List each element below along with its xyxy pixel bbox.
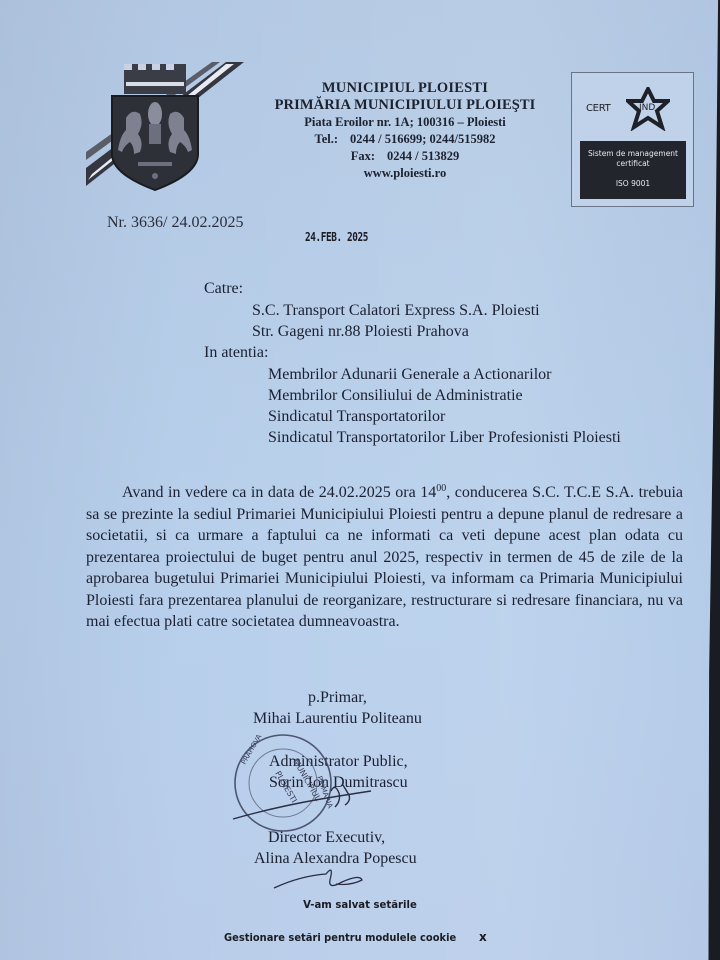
- admin-name: Sorin Ion Dumitrascu: [269, 772, 408, 793]
- time-superscript: 00: [436, 483, 446, 494]
- letterhead-city-hall: PRIMĂRIA MUNICIPIULUI PLOIEŞTI: [270, 97, 540, 114]
- director-title: Director Executiv,: [268, 827, 385, 848]
- to-label: Catre:: [204, 278, 243, 299]
- received-date-stamp: 24.FEB. 2025: [305, 230, 368, 244]
- attention-item: Sindicatul Transportatorilor Liber Profe…: [268, 427, 621, 448]
- letterhead-phone: Tel.:0244 / 516699; 0244/515982: [270, 131, 540, 148]
- letterhead-fax: Fax:0244 / 513829: [270, 148, 540, 165]
- attention-item: Membrilor Adunarii Generale a Actionaril…: [268, 364, 621, 385]
- recipient-block: S.C. Transport Calatori Express S.A. Plo…: [252, 300, 540, 342]
- svg-text:PRAHOVA: PRAHOVA: [240, 733, 264, 766]
- certind-logo-cert-text: CERT: [586, 103, 610, 114]
- letterhead-website: www.ploiesti.ro: [270, 165, 540, 182]
- iso-standard: ISO 9001: [580, 179, 686, 189]
- attention-list: Membrilor Adunarii Generale a Actionaril…: [268, 364, 621, 448]
- manage-cookie-settings-link[interactable]: Gestionare setări pentru modulele cookie: [224, 931, 456, 944]
- fax-value: 0244 / 513829: [387, 149, 459, 163]
- certind-logo-ind-text: IND: [639, 103, 655, 113]
- phone-value: 0244 / 516699; 0244/515982: [350, 132, 495, 146]
- recipient-address: Str. Gageni nr.88 Ploiesti Prahova: [252, 321, 540, 342]
- iso-label-panel: Sistem de management certificat ISO 9001: [580, 141, 686, 199]
- attention-label: In atentia:: [204, 342, 268, 363]
- director-name: Alina Alexandra Popescu: [254, 848, 417, 869]
- cookie-saved-message: V-am salvat setările: [29, 898, 691, 911]
- attention-item: Membrilor Consiliului de Administratie: [268, 385, 621, 406]
- iso-label-line1: Sistem de management: [580, 149, 686, 159]
- letter-body: Avand in vedere ca in data de 24.02.2025…: [86, 482, 683, 633]
- letterhead: MUNICIPIUL PLOIESTI PRIMĂRIA MUNICIPIULU…: [270, 80, 540, 182]
- registration-number: Nr. 3636/ 24.02.2025: [107, 214, 243, 232]
- close-icon[interactable]: x: [479, 930, 487, 944]
- iso-label-line2: certificat: [580, 159, 686, 169]
- recipient-company: S.C. Transport Calatori Express S.A. Plo…: [252, 300, 540, 321]
- admin-title: Administrator Public,: [269, 751, 408, 772]
- phone-label: Tel.:: [315, 131, 339, 148]
- fax-label: Fax:: [351, 148, 375, 165]
- mayor-title: p.Primar,: [308, 687, 367, 708]
- body-part1: Avand in vedere ca in data de 24.02.2025…: [122, 484, 436, 501]
- coat-of-arms-icon: [86, 56, 246, 196]
- cookie-settings-row: Gestionare setări pentru modulele cookie: [224, 931, 482, 944]
- letterhead-municipality: MUNICIPIUL PLOIESTI: [270, 80, 540, 97]
- certind-logo: CERT IND: [586, 85, 686, 135]
- letterhead-address: Piata Eroilor nr. 1A; 100316 – Ploiesti: [270, 114, 540, 131]
- iso-certification-badge: CERT IND Sistem de management certificat…: [571, 72, 694, 207]
- body-part2: , conducerea S.C. T.C.E S.A. trebuia sa …: [86, 484, 683, 630]
- attention-item: Sindicatul Transportatorilor: [268, 406, 621, 427]
- page-edge-shadow: [704, 0, 720, 960]
- mayor-name: Mihai Laurentiu Politeanu: [253, 708, 422, 729]
